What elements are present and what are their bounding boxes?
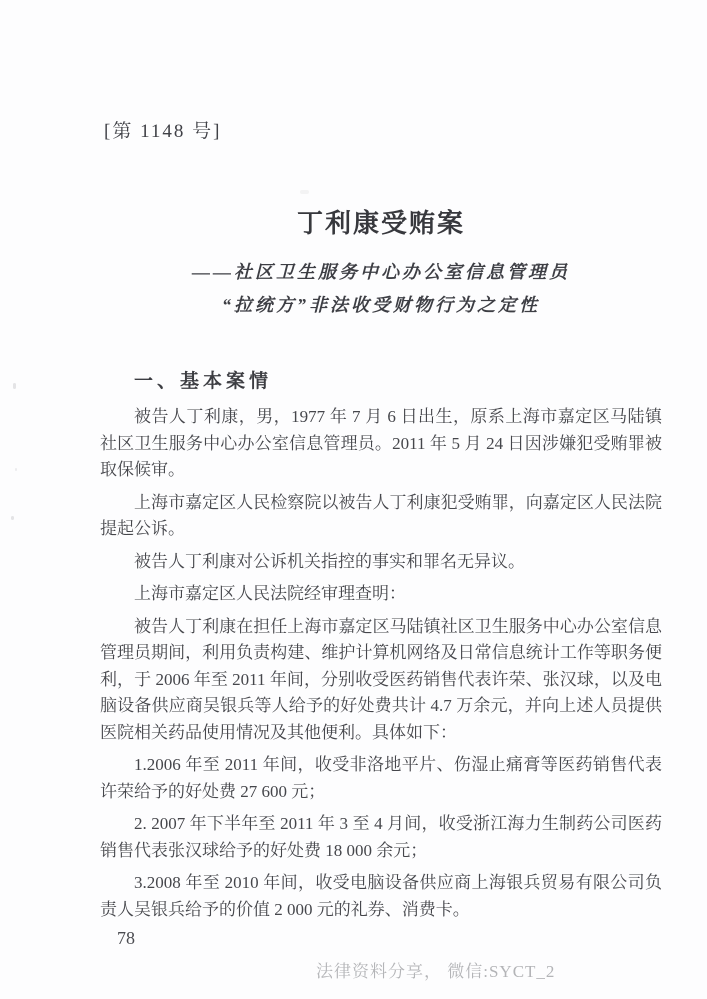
scan-speck	[11, 516, 14, 520]
paragraph-facts-summary: 被告人丁利康在担任上海市嘉定区马陆镇社区卫生服务中心办公室信息管理员期间，利用负…	[100, 614, 662, 747]
paragraph-item-3: 3.2008 年至 2010 年间，收受电脑设备供应商上海银兵贸易有限公司负责人…	[100, 870, 662, 923]
scan-smudge	[300, 190, 309, 194]
watermark-text: 法律资料分享， 微信:SYCT_2	[316, 957, 555, 982]
case-body: 被告人丁利康，男，1977 年 7 月 6 日出生，原系上海市嘉定区马陆镇社区卫…	[100, 404, 662, 929]
paragraph-defendant-intro: 被告人丁利康，男，1977 年 7 月 6 日出生，原系上海市嘉定区马陆镇社区卫…	[100, 404, 662, 484]
scan-speck	[13, 383, 16, 389]
paragraph-no-objection: 被告人丁利康对公诉机关指控的事实和罪名无异议。	[100, 549, 662, 576]
paragraph-item-1: 1.2006 年至 2011 年间，收受非洛地平片、伤湿止痛膏等医药销售代表许荣…	[100, 752, 662, 805]
paragraph-court-findings-lead: 上海市嘉定区人民法院经审理查明：	[100, 581, 662, 608]
case-number: [第 1148 号]	[104, 116, 221, 143]
scanned-document-page: [第 1148 号] 丁利康受贿案 ——社区卫生服务中心办公室信息管理员 “拉统…	[0, 0, 707, 999]
paragraph-prosecution: 上海市嘉定区人民检察院以被告人丁利康犯受贿罪，向嘉定区人民法院提起公诉。	[100, 490, 662, 543]
scan-speck	[15, 468, 17, 471]
case-title: 丁利康受贿案	[100, 203, 662, 240]
page-number: 78	[117, 928, 135, 949]
case-subtitle-line1: ——社区卫生服务中心办公室信息管理员	[100, 258, 662, 284]
section-heading-basic-facts: 一、基本案情	[134, 366, 272, 393]
paragraph-item-2: 2. 2007 年下半年至 2011 年 3 至 4 月间，收受浙江海力生制药公…	[100, 811, 662, 864]
case-subtitle-line2: “拉统方”非法收受财物行为之定性	[100, 291, 662, 317]
